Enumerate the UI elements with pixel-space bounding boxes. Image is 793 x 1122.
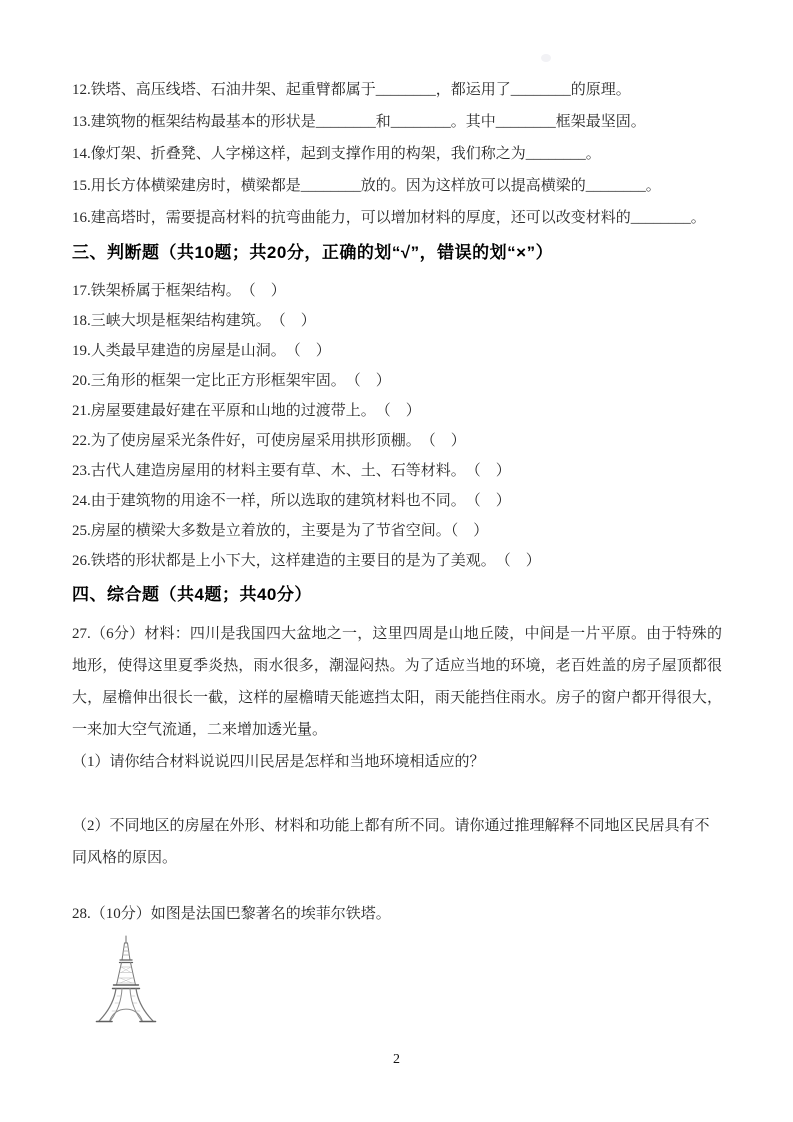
judgment-question-17: 17.铁架桥属于框架结构。 （ ） <box>72 276 722 306</box>
fill-question-12: 12.铁塔、高压线塔、石油井架、起重臂都属于________，都运用了_____… <box>72 74 722 106</box>
faint-print-artifact <box>541 54 551 62</box>
section-header-comprehensive: 四、综合题（共4题；共40分） <box>72 582 722 608</box>
fill-question-13: 13.建筑物的框架结构最基本的形状是________和________。其中__… <box>72 106 722 138</box>
eiffel-tower-image <box>85 934 167 1026</box>
judgment-question-23: 23.古代人建造房屋用的材料主要有草、木、土、石等材料。 （ ） <box>72 456 722 486</box>
judgment-question-24: 24.由于建筑物的用途不一样，所以选取的建筑材料也不同。 （ ） <box>72 486 722 516</box>
judgment-question-19: 19.人类最早建造的房屋是山洞。 （ ） <box>72 336 722 366</box>
fill-question-15: 15.用长方体横梁建房时，横梁都是________放的。因为这样放可以提高横梁的… <box>72 170 722 202</box>
page-number: 2 <box>0 1052 793 1068</box>
judgment-question-22: 22.为了使房屋采光条件好，可使房屋采用拱形顶棚。 （ ） <box>72 426 722 456</box>
judgment-question-21: 21.房屋要建最好建在平原和山地的过渡带上。 （ ） <box>72 396 722 426</box>
q27-subquestion-2: （2）不同地区的房屋在外形、材料和功能上都有所不同。请你通过推理解释不同地区民居… <box>72 810 722 874</box>
judgment-question-18: 18.三峡大坝是框架结构建筑。 （ ） <box>72 306 722 336</box>
fill-question-14: 14.像灯架、折叠凳、人字梯这样，起到支撑作用的构架，我们称之为________… <box>72 138 722 170</box>
page-content: 12.铁塔、高压线塔、石油井架、起重臂都属于________，都运用了_____… <box>72 74 722 1026</box>
q27-material-paragraph: 27.（6分）材料：四川是我国四大盆地之一，这里四周是山地丘陵，中间是一片平原。… <box>72 618 722 746</box>
q27-subquestion-1: （1）请你结合材料说说四川民居是怎样和当地环境相适应的？ <box>72 746 722 778</box>
document-page: 12.铁塔、高压线塔、石油井架、起重臂都属于________，都运用了_____… <box>0 0 793 1122</box>
q28-text: 28.（10分）如图是法国巴黎著名的埃菲尔铁塔。 <box>72 898 722 930</box>
section-header-judgment: 三、判断题（共10题；共20分，正确的划“√”，错误的划“×”） <box>72 240 722 266</box>
judgment-question-25: 25.房屋的横梁大多数是立着放的，主要是为了节省空间。（ ） <box>72 516 722 546</box>
judgment-question-20: 20.三角形的框架一定比正方形框架牢固。 （ ） <box>72 366 722 396</box>
fill-question-16: 16.建高塔时，需要提高材料的抗弯曲能力，可以增加材料的厚度，还可以改变材料的_… <box>72 202 722 234</box>
judgment-question-26: 26.铁塔的形状都是上小下大，这样建造的主要目的是为了美观。 （ ） <box>72 546 722 576</box>
